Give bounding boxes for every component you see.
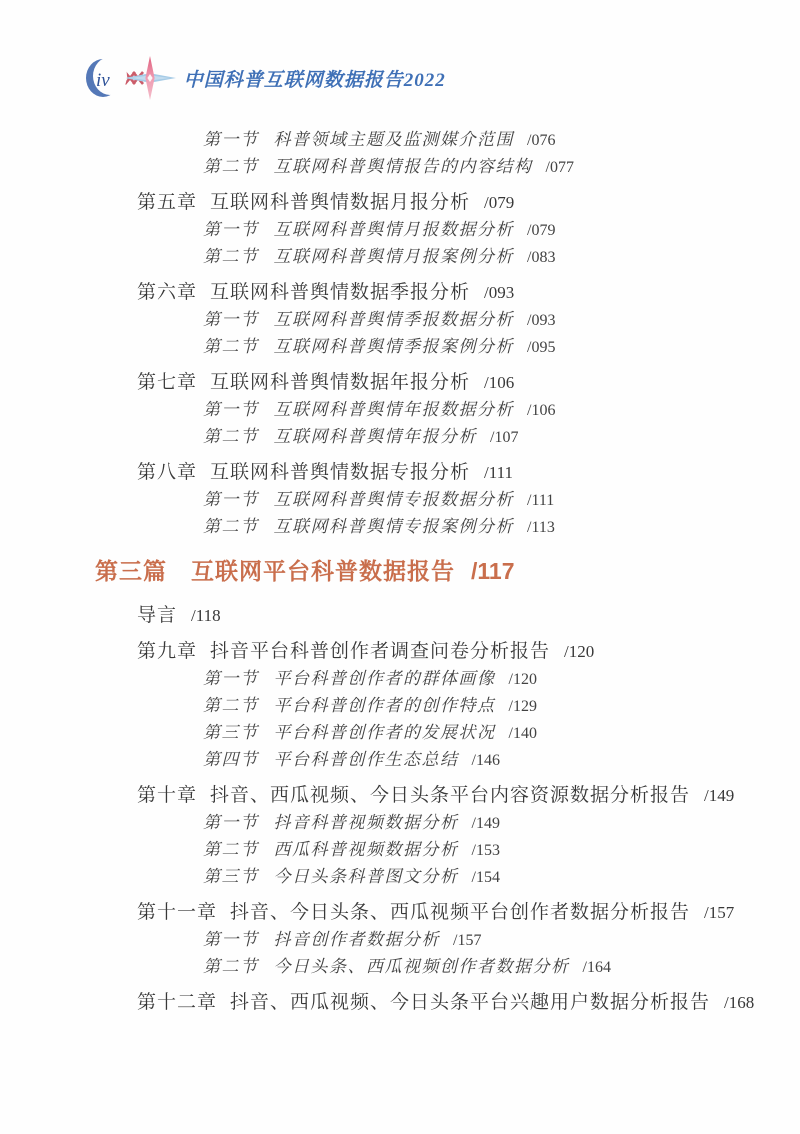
toc-entry-section: 第一节互联网科普舆情年报数据分析/106 <box>0 396 800 423</box>
entry-page-number: /146 <box>472 752 500 769</box>
entry-page-number: /164 <box>583 959 611 976</box>
entry-page-number: /107 <box>490 429 518 446</box>
entry-page-number: /168 <box>724 993 754 1012</box>
entry-page-number: /154 <box>472 869 500 886</box>
entry-page-number: /153 <box>472 842 500 859</box>
toc-entry-section: 第三节平台科普创作者的发展状况/140 <box>0 719 800 746</box>
entry-label: 第二节 <box>203 840 259 859</box>
entry-title: 抖音、西瓜视频、今日头条平台内容资源数据分析报告 <box>210 785 690 806</box>
toc-entry-section: 第一节抖音创作者数据分析/157 <box>0 926 800 953</box>
entry-title: 互联网科普舆情报告的内容结构 <box>274 157 533 176</box>
entry-page-number: /129 <box>509 698 537 715</box>
toc-entry-section: 第二节今日头条、西瓜视频创作者数据分析/164 <box>0 953 800 980</box>
entry-title: 平台科普创作者的创作特点 <box>274 696 496 715</box>
toc-entry-section: 第一节互联网科普舆情季报数据分析/093 <box>0 306 800 333</box>
entry-page-number: /093 <box>484 283 514 302</box>
entry-title: 科普领域主题及监测媒介范围 <box>274 130 515 149</box>
entry-title: 互联网科普舆情月报案例分析 <box>274 247 515 266</box>
toc-entry-section: 第二节平台科普创作者的创作特点/129 <box>0 692 800 719</box>
report-title: 中国科普互联网数据报告2022 <box>184 65 446 92</box>
entry-label: 第七章 <box>137 372 197 393</box>
entry-label: 第一节 <box>203 490 259 509</box>
entry-title: 互联网科普舆情专报数据分析 <box>274 490 515 509</box>
entry-title: 互联网科普舆情年报分析 <box>274 427 478 446</box>
toc-entry-chapter: 第五章互联网科普舆情数据月报分析/079 <box>0 189 800 216</box>
toc-entry-section: 第一节互联网科普舆情月报数据分析/079 <box>0 216 800 243</box>
entry-page-number: /149 <box>472 815 500 832</box>
toc-entry-chapter: 第十章抖音、西瓜视频、今日头条平台内容资源数据分析报告/149 <box>0 782 800 809</box>
entry-label: 第二节 <box>203 157 259 176</box>
entry-page-number: /140 <box>509 725 537 742</box>
entry-label: 第三节 <box>203 723 259 742</box>
entry-page-number: /077 <box>546 159 574 176</box>
toc-entry-section: 第二节互联网科普舆情月报案例分析/083 <box>0 243 800 270</box>
entry-title: 今日头条、西瓜视频创作者数据分析 <box>274 957 570 976</box>
entry-label: 第一节 <box>203 400 259 419</box>
entry-page-number: /157 <box>704 903 734 922</box>
entry-title: 今日头条科普图文分析 <box>274 867 459 886</box>
toc-entry-section: 第二节互联网科普舆情年报分析/107 <box>0 423 800 450</box>
entry-title: 互联网科普舆情年报数据分析 <box>274 400 515 419</box>
table-of-contents: 第一节科普领域主题及监测媒介范围/076第二节互联网科普舆情报告的内容结构/07… <box>0 126 800 1016</box>
entry-page-number: /083 <box>527 249 555 266</box>
entry-page-number: /120 <box>564 642 594 661</box>
entry-label: 导言 <box>137 605 177 626</box>
entry-title: 互联网科普舆情专报案例分析 <box>274 517 515 536</box>
toc-entry-section: 第一节平台科普创作者的群体画像/120 <box>0 665 800 692</box>
entry-page-number: /120 <box>509 671 537 688</box>
entry-title: 抖音、今日头条、西瓜视频平台创作者数据分析报告 <box>230 902 690 923</box>
entry-label: 第二节 <box>203 247 259 266</box>
star-emblem-icon <box>122 55 178 101</box>
entry-label: 第十二章 <box>137 992 217 1013</box>
entry-page-number: /106 <box>484 373 514 392</box>
entry-title: 互联网平台科普数据报告 <box>191 558 455 584</box>
entry-title: 抖音创作者数据分析 <box>274 930 441 949</box>
toc-entry-section: 第四节平台科普创作生态总结/146 <box>0 746 800 773</box>
entry-title: 互联网科普舆情月报数据分析 <box>274 220 515 239</box>
toc-entry-section: 第二节西瓜科普视频数据分析/153 <box>0 836 800 863</box>
entry-title: 互联网科普舆情数据季报分析 <box>210 282 470 303</box>
entry-page-number: /149 <box>704 786 734 805</box>
entry-label: 第四节 <box>203 750 259 769</box>
entry-label: 第十一章 <box>137 902 217 923</box>
entry-title: 西瓜科普视频数据分析 <box>274 840 459 859</box>
entry-label: 第十章 <box>137 785 197 806</box>
entry-label: 第九章 <box>137 641 197 662</box>
toc-entry-chapter: 第十一章抖音、今日头条、西瓜视频平台创作者数据分析报告/157 <box>0 899 800 926</box>
entry-title: 平台科普创作者的群体画像 <box>274 669 496 688</box>
entry-label: 第一节 <box>203 220 259 239</box>
toc-entry-part: 第三篇互联网平台科普数据报告/117 <box>0 554 800 588</box>
entry-label: 第一节 <box>203 130 259 149</box>
toc-entry-chapter: 第九章抖音平台科普创作者调查问卷分析报告/120 <box>0 638 800 665</box>
toc-entry-section: 第二节互联网科普舆情季报案例分析/095 <box>0 333 800 360</box>
toc-entry-chapter: 第八章互联网科普舆情数据专报分析/111 <box>0 459 800 486</box>
entry-page-number: /157 <box>453 932 481 949</box>
toc-entry-intro: 导言/118 <box>0 602 800 629</box>
toc-entry-section: 第二节互联网科普舆情专报案例分析/113 <box>0 513 800 540</box>
toc-entry-chapter: 第七章互联网科普舆情数据年报分析/106 <box>0 369 800 396</box>
entry-page-number: /076 <box>527 132 555 149</box>
entry-label: 第三节 <box>203 867 259 886</box>
entry-label: 第一节 <box>203 669 259 688</box>
entry-label: 第三篇 <box>95 558 167 584</box>
entry-label: 第五章 <box>137 192 197 213</box>
scanned-toc-page: iv 中国科普互联网数据报告2022 第一节科普领 <box>0 0 800 1134</box>
entry-page-number: /093 <box>527 312 555 329</box>
entry-label: 第八章 <box>137 462 197 483</box>
entry-label: 第二节 <box>203 517 259 536</box>
entry-label: 第六章 <box>137 282 197 303</box>
entry-title: 互联网科普舆情数据年报分析 <box>210 372 470 393</box>
entry-title: 互联网科普舆情数据月报分析 <box>210 192 470 213</box>
toc-entry-section: 第一节抖音科普视频数据分析/149 <box>0 809 800 836</box>
entry-page-number: /111 <box>484 463 513 482</box>
entry-label: 第一节 <box>203 930 259 949</box>
entry-page-number: /079 <box>527 222 555 239</box>
entry-page-number: /113 <box>527 519 555 536</box>
entry-label: 第二节 <box>203 337 259 356</box>
entry-page-number: /079 <box>484 193 514 212</box>
entry-page-number: /095 <box>527 339 555 356</box>
toc-entry-chapter: 第十二章抖音、西瓜视频、今日头条平台兴趣用户数据分析报告/168 <box>0 989 800 1016</box>
toc-entry-section: 第一节科普领域主题及监测媒介范围/076 <box>0 126 800 153</box>
entry-page-number: /106 <box>527 402 555 419</box>
entry-title: 抖音、西瓜视频、今日头条平台兴趣用户数据分析报告 <box>230 992 710 1013</box>
entry-title: 平台科普创作者的发展状况 <box>274 723 496 742</box>
page-header: iv 中国科普互联网数据报告2022 <box>86 54 446 102</box>
entry-title: 平台科普创作生态总结 <box>274 750 459 769</box>
entry-label: 第一节 <box>203 813 259 832</box>
entry-title: 互联网科普舆情季报数据分析 <box>274 310 515 329</box>
toc-entry-section: 第一节互联网科普舆情专报数据分析/111 <box>0 486 800 513</box>
entry-title: 互联网科普舆情数据专报分析 <box>210 462 470 483</box>
entry-title: 抖音平台科普创作者调查问卷分析报告 <box>210 641 550 662</box>
entry-title: 抖音科普视频数据分析 <box>274 813 459 832</box>
entry-label: 第二节 <box>203 427 259 446</box>
page-number: iv <box>96 70 110 92</box>
entry-title: 互联网科普舆情季报案例分析 <box>274 337 515 356</box>
entry-page-number: /111 <box>527 492 554 509</box>
toc-entry-section: 第二节互联网科普舆情报告的内容结构/077 <box>0 153 800 180</box>
entry-label: 第二节 <box>203 696 259 715</box>
entry-page-number: /118 <box>191 606 221 625</box>
entry-label: 第一节 <box>203 310 259 329</box>
toc-entry-section: 第三节今日头条科普图文分析/154 <box>0 863 800 890</box>
entry-label: 第二节 <box>203 957 259 976</box>
entry-page-number: /117 <box>471 558 515 584</box>
toc-entry-chapter: 第六章互联网科普舆情数据季报分析/093 <box>0 279 800 306</box>
